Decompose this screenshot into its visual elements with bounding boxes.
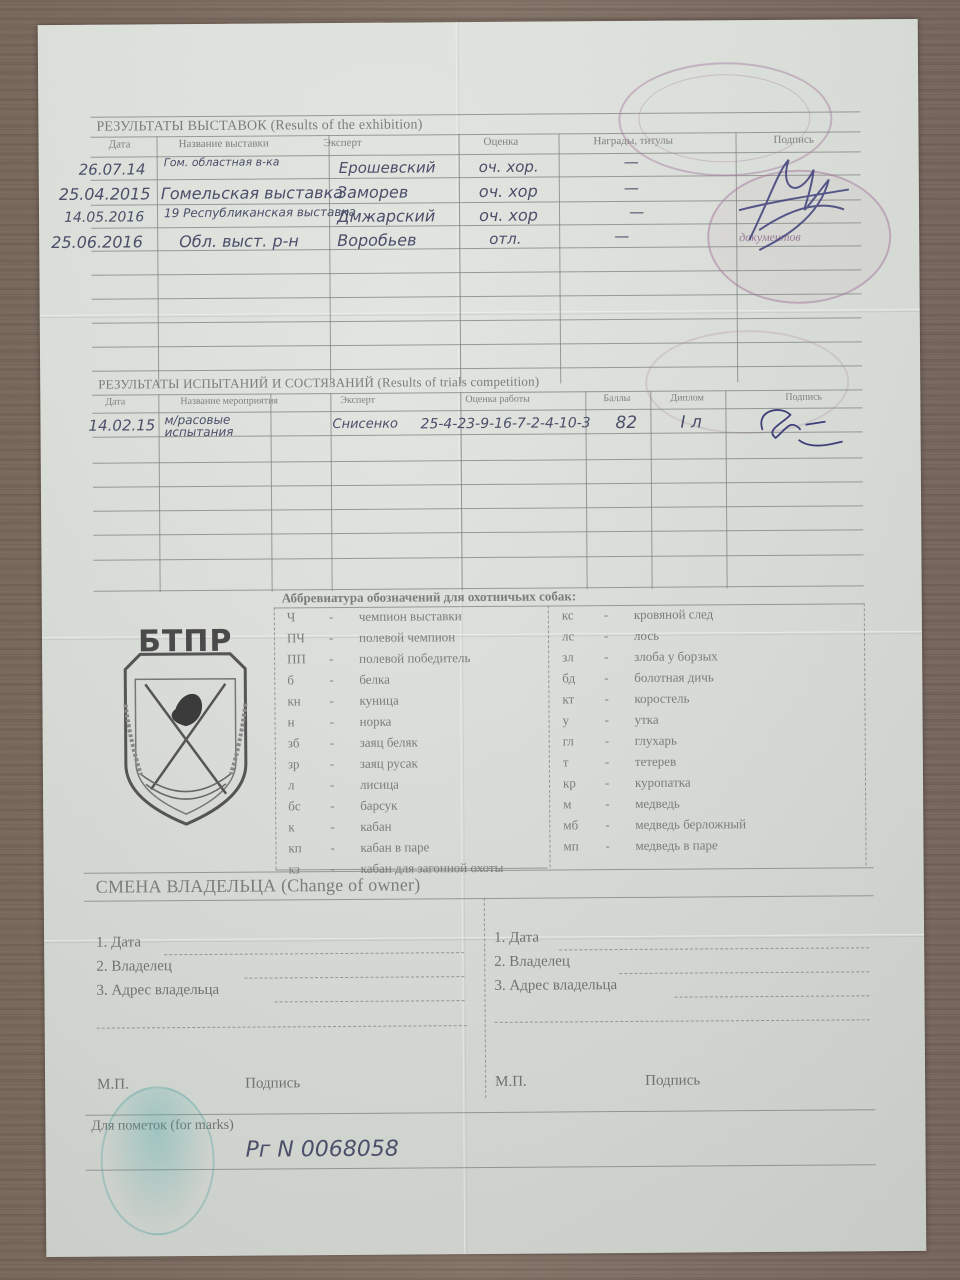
abbr-left-11: к-кабан: [288, 819, 391, 836]
trial-row-1-event: м/расовые испытания: [164, 414, 264, 439]
abbr-right-3: зл-злоба у борзых: [562, 648, 718, 665]
abbr-right-10: м-медведь: [563, 796, 680, 813]
exhibition-row-1-expert: Ерошевский: [339, 158, 436, 177]
exhibitions-col-date: Дата: [109, 138, 131, 150]
abbr-left-4: б-белка: [287, 672, 390, 689]
trial-row-1-diploma: I л: [680, 412, 701, 432]
exhibition-row-4-date: 25.06.2016: [51, 232, 143, 252]
owner1-address-line-2[interactable]: [97, 1025, 467, 1030]
owner1-date-field[interactable]: [164, 952, 464, 956]
abbr-right-1: кс-кровяной след: [562, 606, 714, 623]
exhibitions-col-name: Название выставки: [179, 137, 269, 150]
trials-title: РЕЗУЛЬТАТЫ ИСПЫТАНИЙ И СОСТЯЗАНИЙ (Resul…: [98, 374, 539, 393]
abbr-left-10: бс-барсук: [288, 798, 397, 815]
abbr-right-11: мб-медведь берложный: [563, 816, 746, 833]
trial-row-1-expert: Снисенко: [332, 417, 398, 432]
vertical-fold: [456, 22, 468, 1254]
abbr-left-6: н-норка: [288, 714, 392, 731]
horizontal-fold-top: [40, 309, 920, 318]
trial-row-1-date: 14.02.15: [88, 416, 155, 434]
owner2-owner-label: 2. Владелец: [494, 953, 570, 971]
abbr-right-9: кр-куропатка: [563, 775, 691, 792]
exhibition-row-1-date: 26.07.14: [79, 160, 146, 178]
abbr-right-12: мп-медведь в паре: [563, 837, 717, 854]
exhibitions-title: РЕЗУЛЬТАТЫ ВЫСТАВОК (Results of the exhi…: [96, 117, 422, 135]
btpr-logo: БТПР: [110, 614, 261, 830]
exhibition-row-3-expert: Дмжарский: [337, 206, 435, 226]
owner2-date-label: 1. Дата: [494, 930, 539, 947]
marks-value: Рг N 0068058: [245, 1137, 398, 1163]
owner1-address-label: 3. Адрес владельца: [96, 982, 219, 1000]
owner2-address-label: 3. Адрес владельца: [494, 977, 617, 995]
owner2-date-field[interactable]: [559, 947, 869, 951]
abbr-right-4: бд-болотная дичь: [562, 669, 714, 686]
owner-change-title: СМЕНА ВЛАДЕЛЬЦА (Change of owner): [96, 874, 421, 897]
owner1-address-field[interactable]: [275, 1000, 465, 1003]
owner2-signature-label: Подпись: [645, 1072, 700, 1089]
exhibition-row-1-grade: оч. хор.: [479, 158, 539, 176]
abbreviations-title: Аббревиатура обозначений для охотничьих …: [282, 588, 577, 606]
logo-text: БТПР: [138, 624, 233, 660]
exhibition-row-2-name: Гомельская выставка: [161, 183, 343, 203]
stamp-teal: [100, 1086, 215, 1236]
owner2-owner-field[interactable]: [619, 971, 869, 975]
abbr-right-2: лс-лось: [562, 628, 659, 645]
abbr-left-9: л-лисица: [288, 777, 399, 794]
trial-row-1-evaluation: 25-4-23-9-16-7-2-4-10-3: [420, 415, 590, 432]
trials-col-event: Название мероприятия: [180, 395, 278, 407]
abbr-right-7: гл-глухарь: [563, 733, 677, 750]
exhibition-row-4-name: Обл. выст. р-н: [179, 231, 299, 251]
owner2-seal-label: М.П.: [495, 1074, 527, 1091]
trials-col-date: Дата: [105, 396, 125, 407]
exhibition-row-3-name: 19 Республиканская выставка: [164, 205, 356, 220]
owner2-address-line-2[interactable]: [495, 1019, 870, 1024]
abbr-left-12: кп-кабан в паре: [288, 839, 429, 856]
abbr-left-5: кн-куница: [287, 693, 398, 710]
exhibition-row-1-name: Гом. областная в-ка: [164, 155, 280, 169]
owner2-address-field[interactable]: [675, 995, 870, 998]
exhibition-row-2-awards: —: [624, 179, 639, 197]
exhibition-row-3-grade: оч. хор: [479, 206, 538, 225]
abbr-left-7: зб-заяц беляк: [288, 734, 418, 751]
exhibition-row-4-awards: —: [614, 227, 629, 245]
trials-col-expert: Эксперт: [340, 395, 375, 406]
exhibition-row-2-date: 25.04.2015: [59, 184, 151, 204]
exhibition-row-4-expert: Воробьев: [337, 230, 416, 250]
owner1-owner-label: 2. Владелец: [96, 958, 172, 976]
trials-col-evaluation: Оценка работы: [465, 394, 530, 405]
owner1-signature-label: Подпись: [245, 1075, 300, 1092]
owner1-seal-label: М.П.: [97, 1076, 129, 1093]
certificate-page: РЕЗУЛЬТАТЫ ВЫСТАВОК (Results of the exhi…: [38, 19, 927, 1257]
abbr-left-3: ПП-полевой победитель: [287, 650, 470, 667]
signature-trials: [750, 399, 850, 450]
exhibition-row-3-awards: —: [629, 203, 644, 221]
abbr-left-2: ПЧ-полевой чемпион: [287, 629, 455, 646]
exhibition-row-4-grade: отл.: [489, 230, 521, 248]
signature-exhibitions: [719, 139, 860, 260]
abbr-right-6: у-утка: [563, 712, 659, 729]
trials-col-diploma: Диплом: [670, 392, 704, 403]
abbr-left-1: Ч-чемпион выставки: [287, 608, 462, 625]
owner1-date-label: 1. Дата: [96, 934, 141, 951]
trials-col-points: Баллы: [603, 393, 630, 404]
exhibition-row-3-date: 14.05.2016: [64, 209, 144, 226]
exhibition-row-2-grade: оч. хор: [479, 182, 538, 201]
exhibitions-col-grade: Оценка: [483, 136, 518, 148]
exhibition-row-2-expert: Заморев: [337, 183, 408, 202]
abbr-right-5: кт-коростель: [562, 691, 689, 708]
abbr-right-8: т-тетерев: [563, 754, 676, 771]
exhibition-row-1-awards: —: [624, 153, 639, 171]
trial-row-1-points: 82: [615, 413, 637, 433]
abbr-left-8: зр-заяц русак: [288, 755, 418, 772]
owner1-owner-field[interactable]: [244, 976, 464, 980]
